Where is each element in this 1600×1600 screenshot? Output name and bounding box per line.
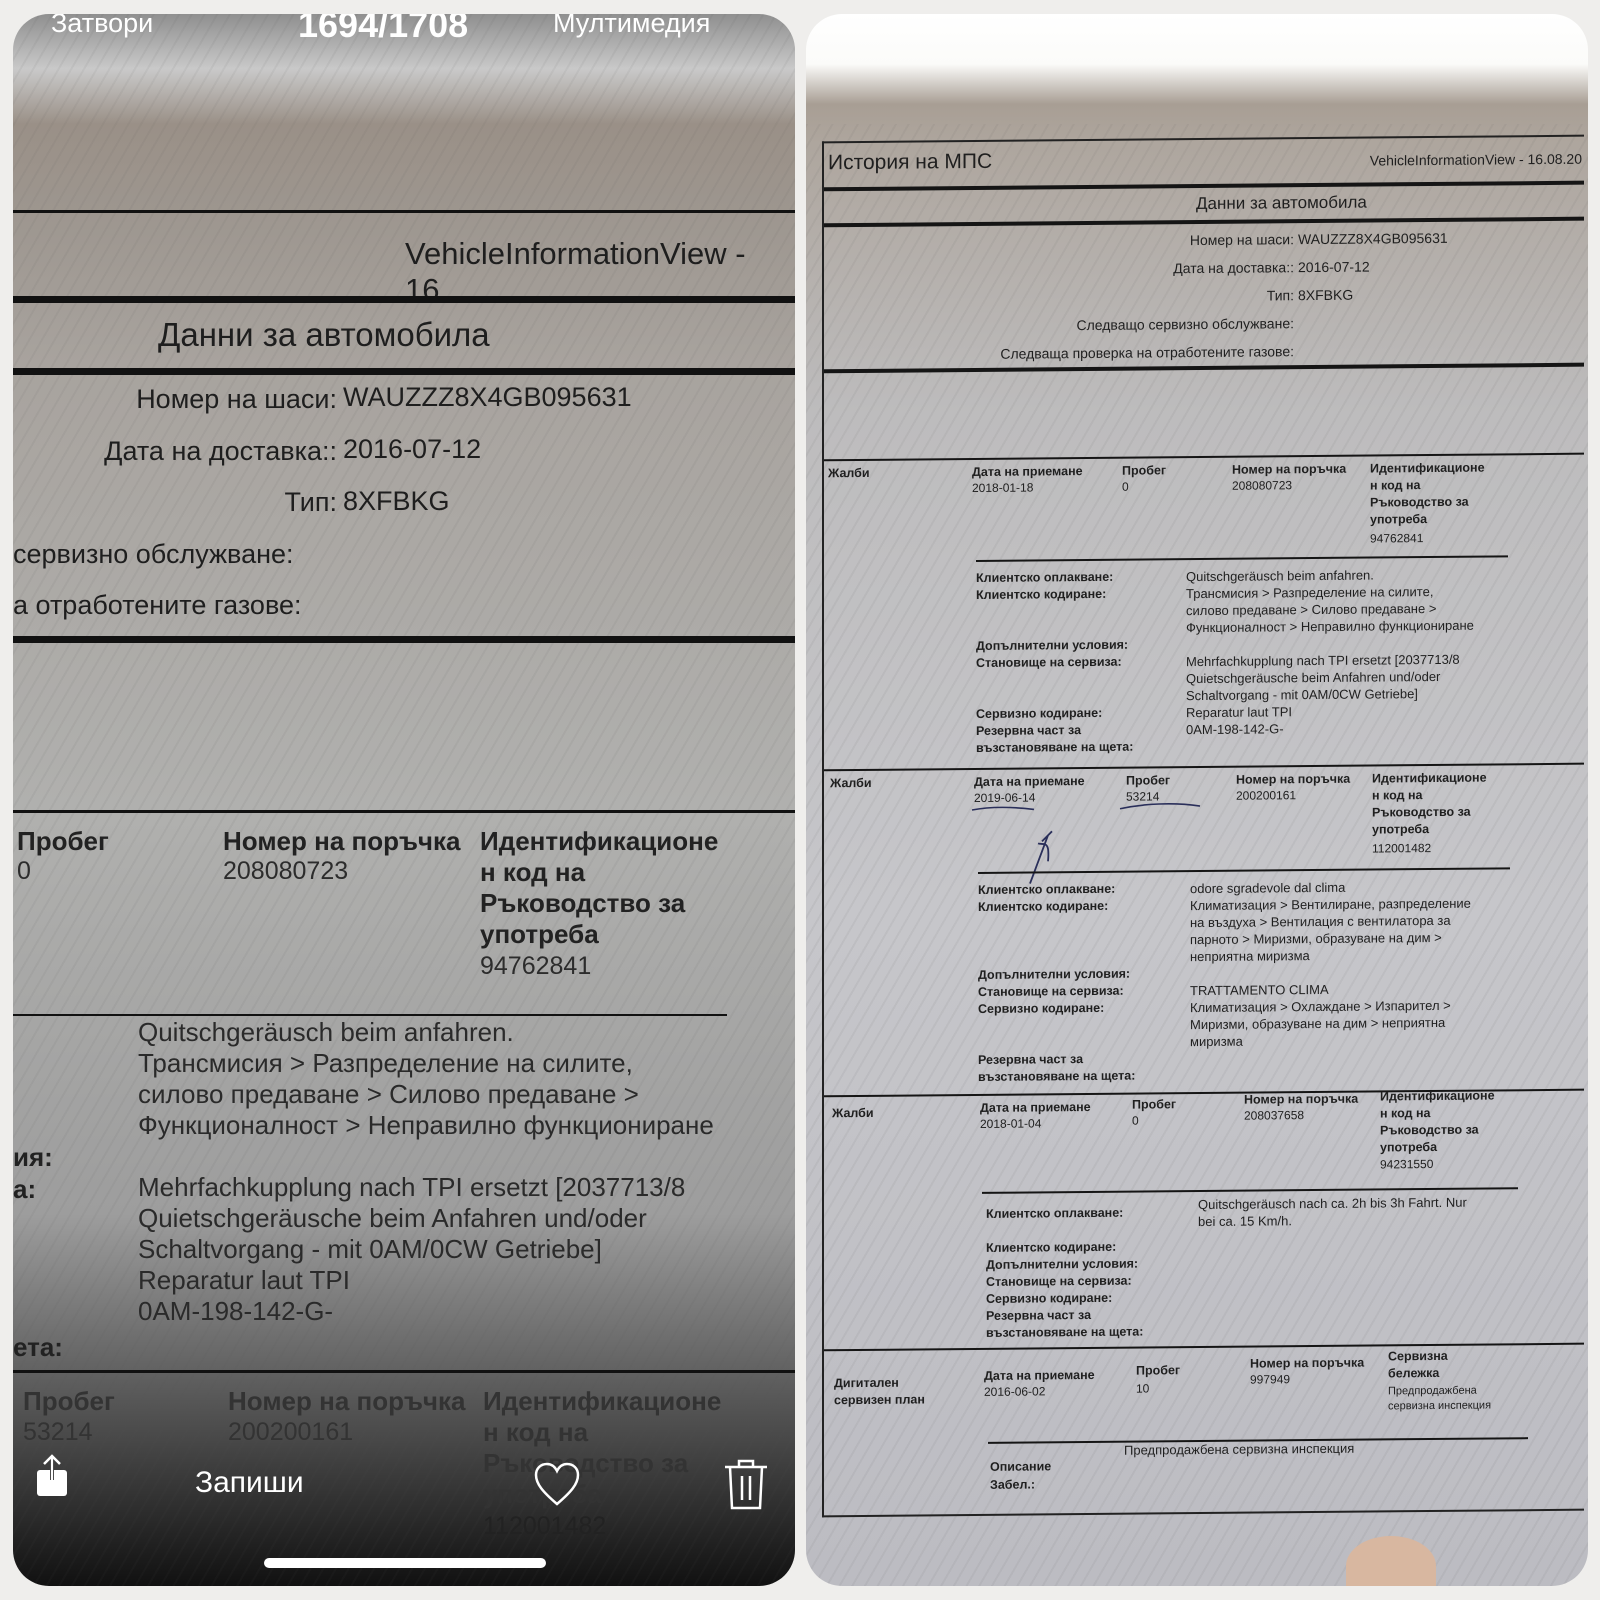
col-header-mileage: Пробег	[1136, 1362, 1180, 1378]
detail-labels: Клиентско оплакване: Клиентско кодиране:…	[976, 569, 1133, 757]
col-header-mileage: Пробег	[1132, 1096, 1176, 1112]
type-line: сервизен план	[834, 1391, 925, 1409]
field-label: сервизно обслужване:	[13, 539, 294, 570]
label-extra: Допълнителни условия:	[976, 637, 1133, 655]
col-header-mileage: Пробег	[17, 826, 109, 857]
col-header-note: Сервизна бележка	[1388, 1348, 1448, 1383]
field-value: 8XFBKG	[343, 486, 450, 517]
note-value: Предпродажбена сервизна инспекция	[1388, 1383, 1491, 1414]
vehicle-history-document: История на МПС VehicleInformationView - …	[822, 135, 1584, 1518]
note-line: Предпродажбена	[1388, 1383, 1491, 1399]
description-value: Предпродажбена сервизна инспекция	[1124, 1441, 1354, 1459]
cut-label: ета:	[13, 1332, 63, 1363]
ident-line: н код на	[1370, 477, 1485, 495]
photo-right: История на МПС VehicleInformationView - …	[806, 14, 1588, 1586]
doc-header-right: VehicleInformationView - 16.08.20	[1370, 151, 1582, 169]
col-header-order: Номер на поръчка	[1244, 1091, 1358, 1108]
col-header-order: Номер на поръчка	[1236, 771, 1350, 788]
record-type: Жалби	[828, 465, 870, 481]
divider	[824, 217, 1584, 228]
ident-value: 112001482	[1372, 840, 1431, 857]
ident-line: Ръководство за	[1380, 1121, 1495, 1139]
divider	[13, 810, 795, 813]
spacer	[976, 671, 1133, 706]
divider	[13, 296, 795, 303]
cut-label: а:	[13, 1174, 36, 1205]
note-header-line: Сервизна	[1388, 1348, 1448, 1366]
complaint-line: bei ca. 15 Km/h.	[1198, 1211, 1467, 1230]
viewer-top-bar: Затвори 1694/1708 Мултимедия	[13, 14, 795, 48]
divider	[824, 1343, 1584, 1352]
col-header-order: Номер на поръчка	[228, 1386, 466, 1417]
col-header-ident: Идентификационе н код на Ръководство за …	[480, 826, 718, 950]
divider	[824, 363, 1584, 374]
col-header-order: Номер на поръчка	[1232, 461, 1346, 478]
label-complaint: Клиентско оплакване:	[976, 569, 1133, 587]
field-label: Тип:	[284, 487, 337, 518]
ident-line: Идентификационе	[1380, 1087, 1495, 1105]
spacer	[978, 1017, 1135, 1052]
field-label: а отработените газове:	[13, 590, 302, 621]
part-value: 0AM-198-142-G-	[1186, 719, 1474, 739]
ident-line: Ръководство за	[1370, 494, 1485, 512]
body-line: силово предаване > Силово предаване >	[138, 1079, 714, 1110]
trash-icon[interactable]	[723, 1458, 769, 1510]
field-value: 8XFBKG	[1298, 287, 1353, 303]
ident-line: н код на	[480, 857, 718, 888]
col-header-mileage: Пробег	[23, 1386, 115, 1417]
mileage-value: 0	[1132, 1113, 1139, 1129]
label-service-coding: Сервизно кодиране:	[986, 1290, 1143, 1308]
body-line: Mehrfachkupplung nach TPI ersetzt [20377…	[138, 1172, 714, 1203]
note-line: сервизна инспекция	[1388, 1398, 1491, 1414]
field-value: WAUZZZ8X4GB095631	[343, 382, 632, 413]
divider	[13, 636, 795, 643]
divider	[13, 1370, 795, 1373]
label-part: възстановяване на щета:	[976, 739, 1133, 757]
order-value: 208080723	[1232, 477, 1292, 494]
label-opinion: Становище на сервиза:	[978, 983, 1135, 1001]
service-coding-line: Миризми, образуване на дим > неприятна	[1190, 1014, 1471, 1033]
ident-value: 94762841	[480, 952, 591, 981]
ident-value: 94231550	[1380, 1156, 1433, 1172]
divider	[976, 555, 1508, 562]
detail-labels: Клиентско оплакване: Клиентско кодиране:…	[986, 1205, 1143, 1342]
col-header-ident: Идентификационе н код на Ръководство за …	[1372, 770, 1487, 839]
note-header-line: бележка	[1388, 1365, 1448, 1383]
col-header-date: Дата на приемане	[972, 463, 1083, 480]
ident-line: употреба	[1372, 821, 1487, 839]
field-label: Номер на шаси:	[136, 384, 337, 415]
field-value: WAUZZZ8X4GB095631	[1298, 230, 1448, 247]
spacer	[976, 603, 1133, 638]
body-line: Reparatur laut TPI	[138, 1265, 714, 1296]
viewer-bottom-bar: Запиши	[13, 1426, 795, 1586]
col-header-date: Дата на приемане	[984, 1367, 1095, 1384]
ident-line: употреба	[480, 919, 718, 950]
cut-label: ия:	[13, 1142, 53, 1173]
media-button[interactable]: Мултимедия	[553, 14, 710, 39]
col-header-ident: Идентификационе н код на Ръководство за …	[1370, 460, 1485, 529]
label-client-coding: Клиентско кодиране:	[978, 898, 1135, 916]
record-type: Дигитален сервизен план	[834, 1374, 925, 1409]
label-complaint: Клиентско оплакване:	[986, 1205, 1143, 1223]
body-line: Schaltvorgang - mit 0AM/0CW Getriebe]	[138, 1234, 714, 1265]
photo-viewer-left: VehicleInformationView - 16. Данни за ав…	[13, 14, 795, 1586]
label-extra: Допълнителни условия:	[986, 1256, 1143, 1274]
divider	[13, 1014, 727, 1016]
ident-line: Идентификационе	[483, 1386, 721, 1417]
label-opinion: Становище на сервиза:	[986, 1273, 1143, 1291]
label-part: възстановяване на щета:	[978, 1068, 1135, 1086]
field-label: Тип:	[1267, 287, 1294, 303]
field-label: Следваща проверка на отработените газове…	[1000, 343, 1294, 362]
ident-line: употреба	[1370, 511, 1485, 529]
divider	[824, 181, 1584, 192]
section-title: Данни за автомобила	[158, 316, 490, 354]
date-value: 2018-01-04	[980, 1115, 1041, 1132]
col-header-ident: Идентификационе н код на Ръководство за …	[1380, 1087, 1495, 1156]
label-complaint: Клиентско оплакване:	[978, 881, 1135, 899]
date-value: 2018-01-18	[972, 479, 1033, 496]
home-indicator[interactable]	[264, 1558, 546, 1568]
order-value: 200200161	[1236, 787, 1296, 804]
field-label: Дата на доставка::	[104, 436, 337, 467]
label-client-coding: Клиентско кодиране:	[986, 1239, 1143, 1257]
client-coding-line: Функционалност > Неправилно функциониран…	[1186, 617, 1474, 637]
order-value: 208080723	[223, 857, 348, 886]
label-service-coding: Сервизно кодиране:	[976, 705, 1133, 723]
mileage-value: 10	[1136, 1380, 1149, 1396]
ident-line: употреба	[1380, 1138, 1495, 1156]
field-value: 2016-07-12	[343, 434, 481, 465]
type-line: Дигитален	[834, 1374, 925, 1392]
description-labels: Описание Забел.:	[990, 1457, 1051, 1494]
divider	[13, 368, 795, 375]
spacer	[138, 1141, 714, 1172]
doc-title: История на МПС	[828, 154, 992, 171]
ident-line: Ръководство за	[1372, 804, 1487, 822]
label-remark: Забел.:	[990, 1475, 1051, 1494]
record-type: Жалби	[830, 775, 872, 791]
divider	[13, 210, 795, 213]
detail-values: Quitschgeräusch beim anfahren. Трансмиси…	[1186, 566, 1474, 739]
record-type: Жалби	[832, 1105, 874, 1121]
field-label: Номер на шаси:	[1190, 231, 1294, 248]
order-value: 997949	[1250, 1371, 1290, 1387]
order-value: 208037658	[1244, 1107, 1304, 1124]
body-line: Quietschgeräusche beim Anfahren und/oder	[138, 1203, 714, 1234]
col-header-mileage: Пробег	[1126, 772, 1170, 788]
col-header-mileage: Пробег	[1122, 462, 1166, 478]
ident-line: н код на	[1372, 787, 1487, 805]
label-opinion: Становище на сервиза:	[976, 654, 1133, 672]
label-service-coding: Сервизно кодиране:	[978, 1000, 1135, 1018]
label-part: Резервна част за	[986, 1307, 1143, 1325]
save-button[interactable]: Запиши	[195, 1466, 304, 1500]
field-label: Следващо сервизно обслужване:	[1077, 315, 1295, 333]
spacer	[986, 1222, 1143, 1240]
photo-counter: 1694/1708	[298, 14, 468, 46]
close-button[interactable]: Затвори	[51, 14, 153, 39]
spacer	[978, 915, 1135, 967]
label-part: Резервна част за	[978, 1051, 1135, 1069]
ident-line: Идентификационе	[480, 826, 718, 857]
label-part: Резервна част за	[976, 722, 1133, 740]
body-line: 0AM-198-142-G-	[138, 1296, 714, 1327]
label-description: Описание	[990, 1457, 1051, 1476]
detail-values: Quitschgeräusch nach ca. 2h bis 3h Fahrt…	[1198, 1194, 1467, 1230]
col-header-order: Номер на поръчка	[223, 826, 461, 857]
complaint-line: Quitschgeräusch nach ca. 2h bis 3h Fahrt…	[1198, 1194, 1467, 1213]
divider	[982, 1187, 1518, 1194]
label-part: възстановяване на щета:	[986, 1324, 1143, 1342]
label-client-coding: Клиентско кодиране:	[976, 586, 1133, 604]
ident-value: 94762841	[1370, 530, 1423, 546]
mileage-value: 0	[1122, 479, 1129, 495]
opinion-line: Quietschgeräusche beim Anfahren und/oder	[1186, 668, 1474, 688]
body-line: Трансмисия > Разпределение на силите,	[138, 1048, 714, 1079]
record-body: Quitschgeräusch beim anfahren. Трансмиси…	[138, 1017, 714, 1327]
client-coding-line: парното > Миризми, образуване на дим >	[1190, 929, 1471, 948]
mileage-value: 0	[17, 857, 31, 886]
col-header-date: Дата на приемане	[980, 1099, 1091, 1116]
heart-icon[interactable]	[533, 1462, 581, 1508]
field-value: 2016-07-12	[1298, 259, 1370, 276]
ident-line: Идентификационе	[1372, 770, 1487, 788]
label-extra: Допълнителни условия:	[978, 966, 1135, 984]
service-coding-line: миризма	[1190, 1031, 1471, 1050]
ident-line: Идентификационе	[1370, 460, 1485, 478]
col-header-order: Номер на поръчка	[1250, 1355, 1364, 1372]
ident-line: н код на	[1380, 1104, 1495, 1122]
col-header-date: Дата на приемане	[974, 773, 1085, 790]
section-title: Данни за автомобила	[1196, 195, 1367, 212]
body-line: Quitschgeräusch beim anfahren.	[138, 1017, 714, 1048]
share-icon[interactable]	[35, 1454, 69, 1498]
field-label: Дата на доставка::	[1173, 259, 1294, 276]
body-line: Функционалност > Неправилно функциониран…	[138, 1110, 714, 1141]
detail-labels: Клиентско оплакване: Клиентско кодиране:…	[978, 881, 1135, 1086]
date-value: 2016-06-02	[984, 1383, 1045, 1400]
ident-line: Ръководство за	[480, 888, 718, 919]
detail-values: odore sgradevole dal clima Климатизация …	[1190, 878, 1471, 1050]
